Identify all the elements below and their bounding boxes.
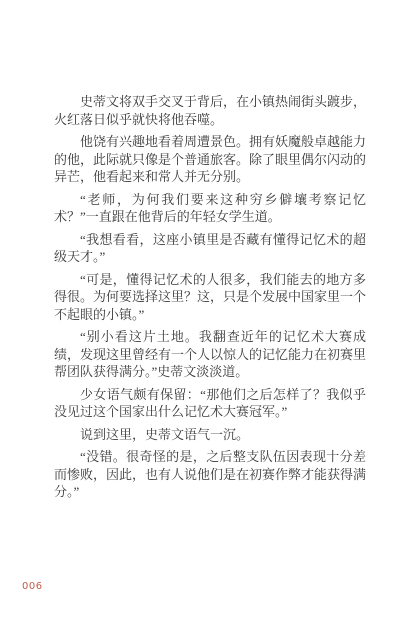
body-paragraph: “我想看看，这座小镇里是否藏有懂得记忆术的超级天才。” bbox=[54, 231, 366, 266]
body-paragraph: “没错。很奇怪的是，之后整支队伍因表现十分差而惨败，因此，也有人说他们是在初赛作… bbox=[54, 448, 366, 501]
body-paragraph: 说到这里，史蒂文语气一沉。 bbox=[54, 426, 366, 444]
body-paragraph: “老师，为何我们要来这种穷乡僻壤考察记忆术？”一直跟在他背后的年轻女学生道。 bbox=[54, 191, 366, 226]
body-paragraph: 少女语气颇有保留：“那他们之后怎样了？我似乎没见过这个国家出什么记忆术大赛冠军。… bbox=[54, 386, 366, 421]
book-page: 史蒂文将双手交叉于背后，在小镇热闹街头踱步，火红落日似乎就快将他吞噬。 他饶有兴… bbox=[0, 0, 420, 630]
page-number: 006 bbox=[22, 581, 43, 592]
body-text-area: 史蒂文将双手交叉于背后，在小镇热闹街头踱步，火红落日似乎就快将他吞噬。 他饶有兴… bbox=[54, 93, 366, 506]
body-paragraph: 他饶有兴趣地看着周遭景色。拥有妖魔般卓越能力的他，此际就只像是个普通旅客。除了眼… bbox=[54, 133, 366, 186]
body-paragraph: “别小看这片土地。我翻查近年的记忆术大赛成绩，发现这里曾经有一个人以惊人的记忆能… bbox=[54, 328, 366, 381]
body-paragraph: “可是，懂得记忆术的人很多，我们能去的地方多得很。为何要选择这里？这，只是个发展… bbox=[54, 271, 366, 324]
body-paragraph: 史蒂文将双手交叉于背后，在小镇热闹街头踱步，火红落日似乎就快将他吞噬。 bbox=[54, 93, 366, 128]
